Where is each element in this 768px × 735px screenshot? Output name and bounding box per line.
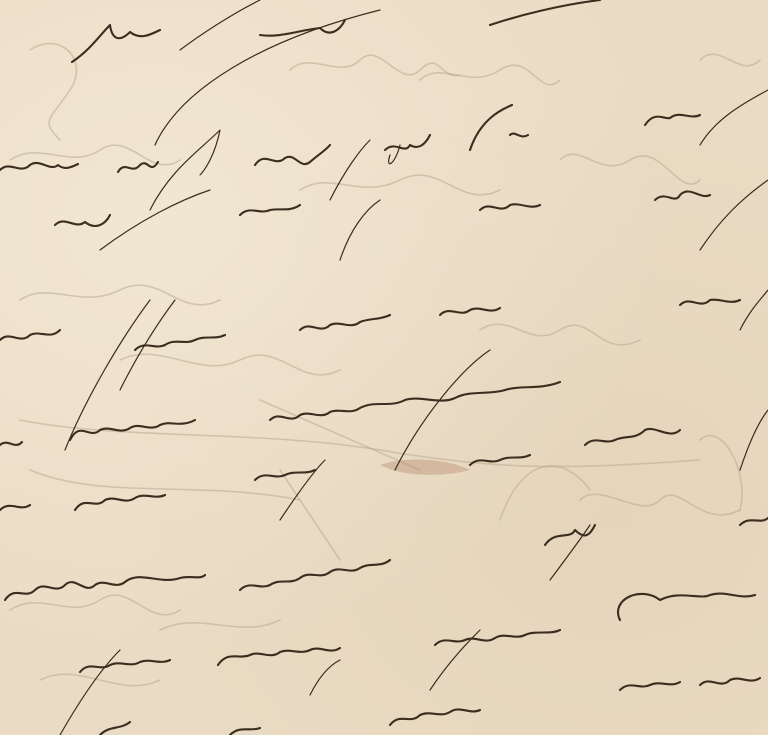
- manuscript-page: ... [illegible] ... mir nicht möglich di…: [0, 0, 768, 735]
- ink-stain: [380, 460, 470, 475]
- manuscript-handwriting: [0, 0, 768, 735]
- front-ink: [0, 0, 768, 735]
- bleed-through-ink: [10, 44, 760, 686]
